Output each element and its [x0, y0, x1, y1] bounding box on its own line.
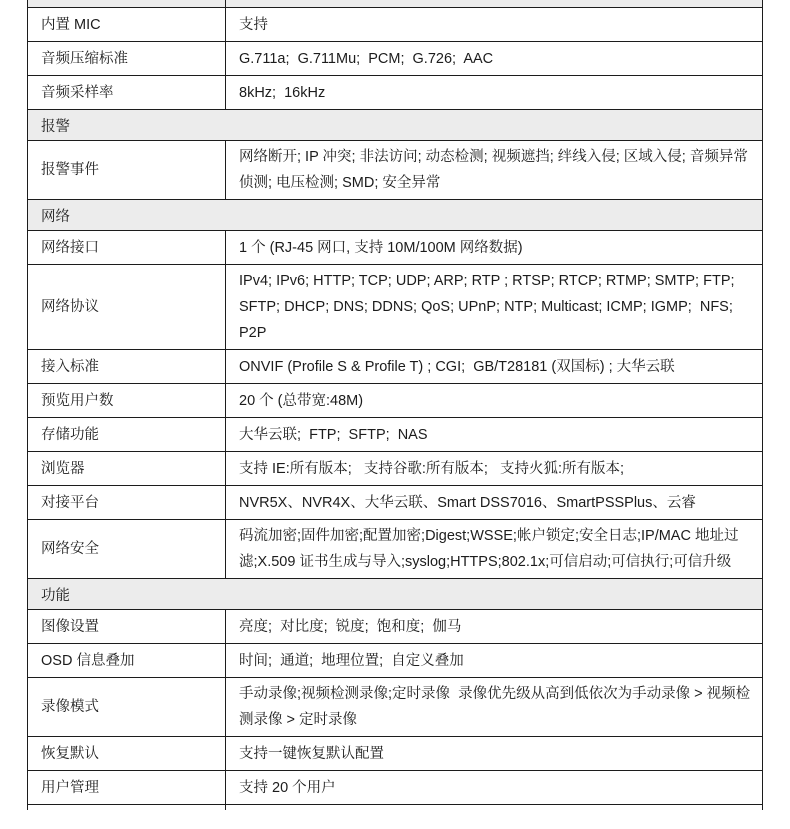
- spec-row: 浏览器支持 IE:所有版本; 支持谷歌:所有版本; 支持火狐:所有版本;: [28, 451, 762, 485]
- spec-value-cell: G.711a; G.711Mu; PCM; G.726; AAC: [226, 42, 762, 75]
- section-header-row: 报警: [28, 109, 762, 140]
- spec-label-cell: 网络安全: [28, 520, 226, 578]
- spec-row: 对接平台NVR5X、NVR4X、大华云联、Smart DSS7016、Smart…: [28, 485, 762, 519]
- spec-value: 支持一键恢复默认配置: [239, 741, 384, 767]
- spec-label: OSD 信息叠加: [41, 651, 134, 671]
- spec-value-cell: [226, 805, 762, 810]
- spec-row: 内置 MIC支持: [28, 7, 762, 41]
- spec-label-cell: OSD 信息叠加: [28, 644, 226, 677]
- spec-value: 支持 IE:所有版本; 支持谷歌:所有版本; 支持火狐:所有版本;: [239, 456, 624, 482]
- spec-row: 音频压缩标准G.711a; G.711Mu; PCM; G.726; AAC: [28, 41, 762, 75]
- section-header-row: 网络: [28, 199, 762, 230]
- section-title: 功能: [28, 579, 762, 609]
- spec-label: 内置 MIC: [41, 15, 101, 35]
- spec-label-cell: 网络协议: [28, 265, 226, 349]
- spec-value: 1 个 (RJ-45 网口, 支持 10M/100M 网络数据): [239, 235, 523, 261]
- spec-label: 音频采样率: [41, 83, 114, 103]
- spec-label: 对接平台: [41, 493, 99, 513]
- spec-value: 网络断开; IP 冲突; 非法访问; 动态检测; 视频遮挡; 绊线入侵; 区域入…: [239, 144, 752, 196]
- section-title: 网络: [28, 200, 762, 230]
- spec-row: 音频采样率8kHz; 16kHz: [28, 75, 762, 109]
- spec-label: 录像模式: [41, 697, 99, 717]
- spec-label: 网络安全: [41, 539, 99, 559]
- spec-value: 时间; 通道; 地理位置; 自定义叠加: [239, 648, 464, 674]
- spec-label: 预览用户数: [41, 391, 114, 411]
- spec-table: 内置 MIC支持音频压缩标准G.711a; G.711Mu; PCM; G.72…: [27, 0, 763, 810]
- spec-value: NVR5X、NVR4X、大华云联、Smart DSS7016、SmartPSSP…: [239, 490, 696, 516]
- spec-label: 用户管理: [41, 778, 99, 798]
- spec-label: 网络接口: [41, 238, 99, 258]
- spec-value-cell: 支持 IE:所有版本; 支持谷歌:所有版本; 支持火狐:所有版本;: [226, 452, 762, 485]
- partial-row: [28, 804, 762, 810]
- spec-label-cell: 内置 MIC: [28, 8, 226, 41]
- spec-value: 亮度; 对比度; 锐度; 饱和度; 伽马: [239, 614, 461, 640]
- spec-label: 图像设置: [41, 617, 99, 637]
- spec-value: ONVIF (Profile S & Profile T) ; CGI; GB/…: [239, 354, 675, 380]
- spec-label: 接入标准: [41, 357, 99, 377]
- spec-value-cell: 1 个 (RJ-45 网口, 支持 10M/100M 网络数据): [226, 231, 762, 264]
- spec-value: 大华云联; FTP; SFTP; NAS: [239, 422, 428, 448]
- spec-label: 网络协议: [41, 297, 99, 317]
- spec-label-cell: 用户管理: [28, 771, 226, 804]
- spec-label-cell: [28, 0, 226, 7]
- spec-value: G.711a; G.711Mu; PCM; G.726; AAC: [239, 46, 493, 72]
- spec-value: 手动录像;视频检测录像;定时录像 录像优先级从高到低依次为手动录像 > 视频检测…: [239, 681, 752, 733]
- spec-row: 图像设置亮度; 对比度; 锐度; 饱和度; 伽马: [28, 609, 762, 643]
- spec-label-cell: 浏览器: [28, 452, 226, 485]
- spec-label-cell: 图像设置: [28, 610, 226, 643]
- spec-label-cell: 存储功能: [28, 418, 226, 451]
- spec-value-cell: [226, 0, 762, 7]
- spec-value-cell: 网络断开; IP 冲突; 非法访问; 动态检测; 视频遮挡; 绊线入侵; 区域入…: [226, 141, 762, 199]
- spec-label-cell: 音频压缩标准: [28, 42, 226, 75]
- section-header-row: 功能: [28, 578, 762, 609]
- spec-label: 报警事件: [41, 160, 99, 180]
- spec-value-cell: 8kHz; 16kHz: [226, 76, 762, 109]
- spec-label-cell: 报警事件: [28, 141, 226, 199]
- spec-label: 音频压缩标准: [41, 49, 128, 69]
- spec-value-cell: 时间; 通道; 地理位置; 自定义叠加: [226, 644, 762, 677]
- spec-value-cell: 20 个 (总带宽:48M): [226, 384, 762, 417]
- spec-value: IPv4; IPv6; HTTP; TCP; UDP; ARP; RTP ; R…: [239, 268, 752, 346]
- spec-label-cell: 网络接口: [28, 231, 226, 264]
- spec-label-cell: 预览用户数: [28, 384, 226, 417]
- spec-value-cell: 支持 20 个用户: [226, 771, 762, 804]
- spec-label-cell: [28, 805, 226, 810]
- spec-label-cell: 录像模式: [28, 678, 226, 736]
- spec-value-cell: 亮度; 对比度; 锐度; 饱和度; 伽马: [226, 610, 762, 643]
- spec-value: 支持 20 个用户: [239, 775, 336, 801]
- spec-value: 20 个 (总带宽:48M): [239, 388, 363, 414]
- spec-label: 存储功能: [41, 425, 99, 445]
- spec-value-cell: 手动录像;视频检测录像;定时录像 录像优先级从高到低依次为手动录像 > 视频检测…: [226, 678, 762, 736]
- spec-value-cell: 大华云联; FTP; SFTP; NAS: [226, 418, 762, 451]
- spec-value: 码流加密;固件加密;配置加密;Digest;WSSE;帐户锁定;安全日志;IP/…: [239, 523, 752, 575]
- spec-row: 存储功能大华云联; FTP; SFTP; NAS: [28, 417, 762, 451]
- spec-label-cell: 音频采样率: [28, 76, 226, 109]
- spec-label-cell: 接入标准: [28, 350, 226, 383]
- spec-label-cell: 恢复默认: [28, 737, 226, 770]
- spec-row: 用户管理支持 20 个用户: [28, 770, 762, 804]
- spec-value-cell: 支持: [226, 8, 762, 41]
- spec-row: 接入标准ONVIF (Profile S & Profile T) ; CGI;…: [28, 349, 762, 383]
- partial-row: [28, 0, 762, 7]
- spec-value: 8kHz; 16kHz: [239, 80, 325, 106]
- spec-row: 网络协议IPv4; IPv6; HTTP; TCP; UDP; ARP; RTP…: [28, 264, 762, 349]
- spec-row: 预览用户数20 个 (总带宽:48M): [28, 383, 762, 417]
- spec-row: 报警事件网络断开; IP 冲突; 非法访问; 动态检测; 视频遮挡; 绊线入侵;…: [28, 140, 762, 199]
- spec-value-cell: 支持一键恢复默认配置: [226, 737, 762, 770]
- spec-row: 录像模式手动录像;视频检测录像;定时录像 录像优先级从高到低依次为手动录像 > …: [28, 677, 762, 736]
- spec-label-cell: 对接平台: [28, 486, 226, 519]
- spec-value: 支持: [239, 12, 268, 38]
- spec-label: 浏览器: [41, 459, 85, 479]
- spec-value-cell: 码流加密;固件加密;配置加密;Digest;WSSE;帐户锁定;安全日志;IP/…: [226, 520, 762, 578]
- spec-row: 恢复默认支持一键恢复默认配置: [28, 736, 762, 770]
- spec-label: 恢复默认: [41, 744, 99, 764]
- spec-row: 网络安全码流加密;固件加密;配置加密;Digest;WSSE;帐户锁定;安全日志…: [28, 519, 762, 578]
- spec-row: 网络接口1 个 (RJ-45 网口, 支持 10M/100M 网络数据): [28, 230, 762, 264]
- spec-row: OSD 信息叠加时间; 通道; 地理位置; 自定义叠加: [28, 643, 762, 677]
- spec-value-cell: NVR5X、NVR4X、大华云联、Smart DSS7016、SmartPSSP…: [226, 486, 762, 519]
- section-title: 报警: [28, 110, 762, 140]
- spec-value-cell: ONVIF (Profile S & Profile T) ; CGI; GB/…: [226, 350, 762, 383]
- spec-value-cell: IPv4; IPv6; HTTP; TCP; UDP; ARP; RTP ; R…: [226, 265, 762, 349]
